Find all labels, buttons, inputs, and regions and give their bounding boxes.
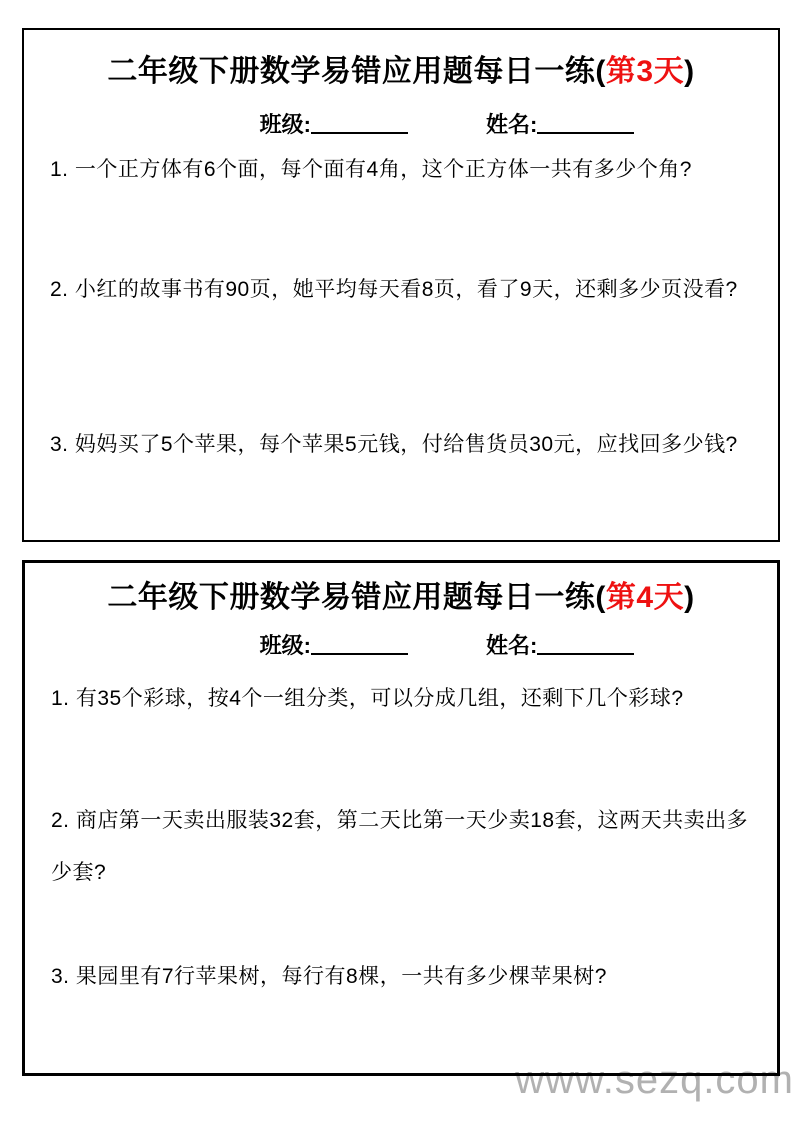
class-field: 班级:	[260, 110, 408, 140]
panel-title: 二年级下册数学易错应用题每日一练(第3天)	[24, 52, 778, 92]
name-field: 姓名:	[486, 631, 634, 661]
class-field: 班级:	[260, 631, 408, 661]
name-field-blank	[537, 112, 634, 134]
fields-row: 班级: 姓名:	[24, 110, 778, 140]
worksheet-panel-day4: 二年级下册数学易错应用题每日一练(第4天) 班级: 姓名: 1. 有35个彩球，…	[22, 560, 780, 1076]
title-day-highlight: 第4天	[606, 581, 684, 614]
question-text: 1. 有35个彩球，按4个一组分类，可以分成几组，还剩下几个彩球?	[51, 684, 751, 714]
worksheet-page: 二年级下册数学易错应用题每日一练(第3天) 班级: 姓名: 1. 一个正方体有6…	[0, 0, 800, 1132]
name-field-blank	[537, 633, 634, 655]
title-suffix: )	[684, 55, 695, 88]
question-text: 1. 一个正方体有6个面，每个面有4角，这个正方体一共有多少个角?	[50, 155, 752, 185]
fields-row: 班级: 姓名:	[25, 631, 777, 661]
class-field-blank	[311, 112, 408, 134]
watermark-text: www.sezq.com	[515, 1056, 794, 1104]
question-text: 2. 小红的故事书有90页，她平均每天看8页，看了9天，还剩多少页没看?	[50, 275, 752, 305]
title-text: 二年级下册数学易错应用题每日一练(	[107, 581, 606, 614]
name-field-label: 姓名:	[486, 633, 537, 658]
question-text: 3. 妈妈买了5个苹果，每个苹果5元钱，付给售货员30元，应找回多少钱?	[50, 430, 752, 460]
class-field-label: 班级:	[260, 633, 311, 658]
title-text: 二年级下册数学易错应用题每日一练(	[107, 55, 606, 88]
worksheet-panel-day3: 二年级下册数学易错应用题每日一练(第3天) 班级: 姓名: 1. 一个正方体有6…	[22, 28, 780, 542]
question-text: 2. 商店第一天卖出服装32套，第二天比第一天少卖18套，这两天共卖出多少套?	[51, 795, 751, 899]
question-text: 3. 果园里有7行苹果树，每行有8棵，一共有多少棵苹果树?	[51, 962, 751, 992]
title-day-highlight: 第3天	[606, 55, 684, 88]
class-field-blank	[311, 633, 408, 655]
title-suffix: )	[684, 581, 695, 614]
panel-title: 二年级下册数学易错应用题每日一练(第4天)	[25, 578, 777, 618]
class-field-label: 班级:	[260, 112, 311, 137]
name-field: 姓名:	[486, 110, 634, 140]
name-field-label: 姓名:	[486, 112, 537, 137]
